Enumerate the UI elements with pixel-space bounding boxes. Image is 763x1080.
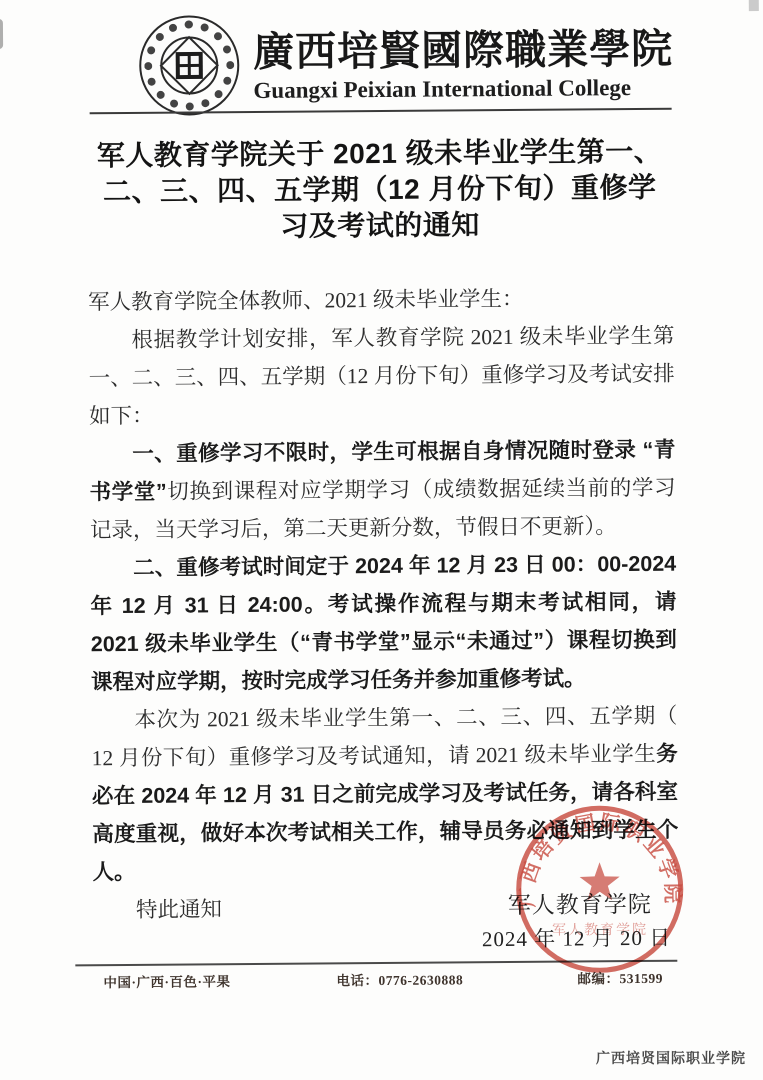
stamp-inner-text: 军人教育学院 xyxy=(552,921,648,939)
letterhead: 廣西培賢國際職業學院 Guangxi Peixian International… xyxy=(139,12,674,116)
scanned-notice-page: 廣西培賢國際職業學院 Guangxi Peixian International… xyxy=(0,0,763,1080)
college-names: 廣西培賢國際職業學院 Guangxi Peixian International… xyxy=(253,23,674,104)
salutation: 军人教育学院全体教师、2021 级未毕业学生： xyxy=(88,279,674,322)
seal-window-icon xyxy=(176,52,203,79)
paragraph-item-2: 二、重修考试时间定于 2024 年 12 月 23 日 00：00-2024 年… xyxy=(90,545,677,702)
footer-phone: 电话：0776-2630888 xyxy=(336,968,463,989)
title-line: 习及考试的通知 xyxy=(57,205,702,246)
notice-title: 军人教育学院关于 2021 级未毕业学生第一、 二、三、四、五学期（12 月份下… xyxy=(57,133,703,246)
footer-address: 中国·广西·百色·平果 xyxy=(103,970,230,991)
corner-watermark: 广西培贤国际职业学院 xyxy=(596,1048,746,1068)
scan-artifact xyxy=(0,19,3,49)
star-icon xyxy=(580,862,620,900)
stamp-graphic: 广西培贤国际职业学院 军人教育学院 xyxy=(508,798,691,981)
title-line: 二、三、四、五学期（12 月份下旬）重修学 xyxy=(57,169,702,210)
svg-text:广西培贤国际职业学院: 广西培贤国际职业学院 xyxy=(514,810,685,908)
college-name-cn: 廣西培賢國際職業學院 xyxy=(253,23,673,78)
official-red-stamp: 广西培贤国际职业学院 军人教育学院 xyxy=(508,798,691,981)
college-name-en: Guangxi Peixian International College xyxy=(253,75,673,104)
college-logo-seal-icon xyxy=(139,15,240,116)
paragraph-item-1: 一、重修学习不限时，学生可根据自身情况随时登录 “青书学堂”切换到课程对应学期学… xyxy=(89,431,676,550)
paragraph-arrangement: 根据教学计划安排，军人教育学院 2021 级未毕业学生第一、二、三、四、五学期（… xyxy=(88,317,675,436)
title-line: 军人教育学院关于 2021 级未毕业学生第一、 xyxy=(57,133,702,174)
stamp-ring-text: 广西培贤国际职业学院 xyxy=(514,810,685,908)
scan-content: 廣西培賢國際職業學院 Guangxi Peixian International… xyxy=(0,0,763,1080)
scan-artifact xyxy=(749,0,759,11)
